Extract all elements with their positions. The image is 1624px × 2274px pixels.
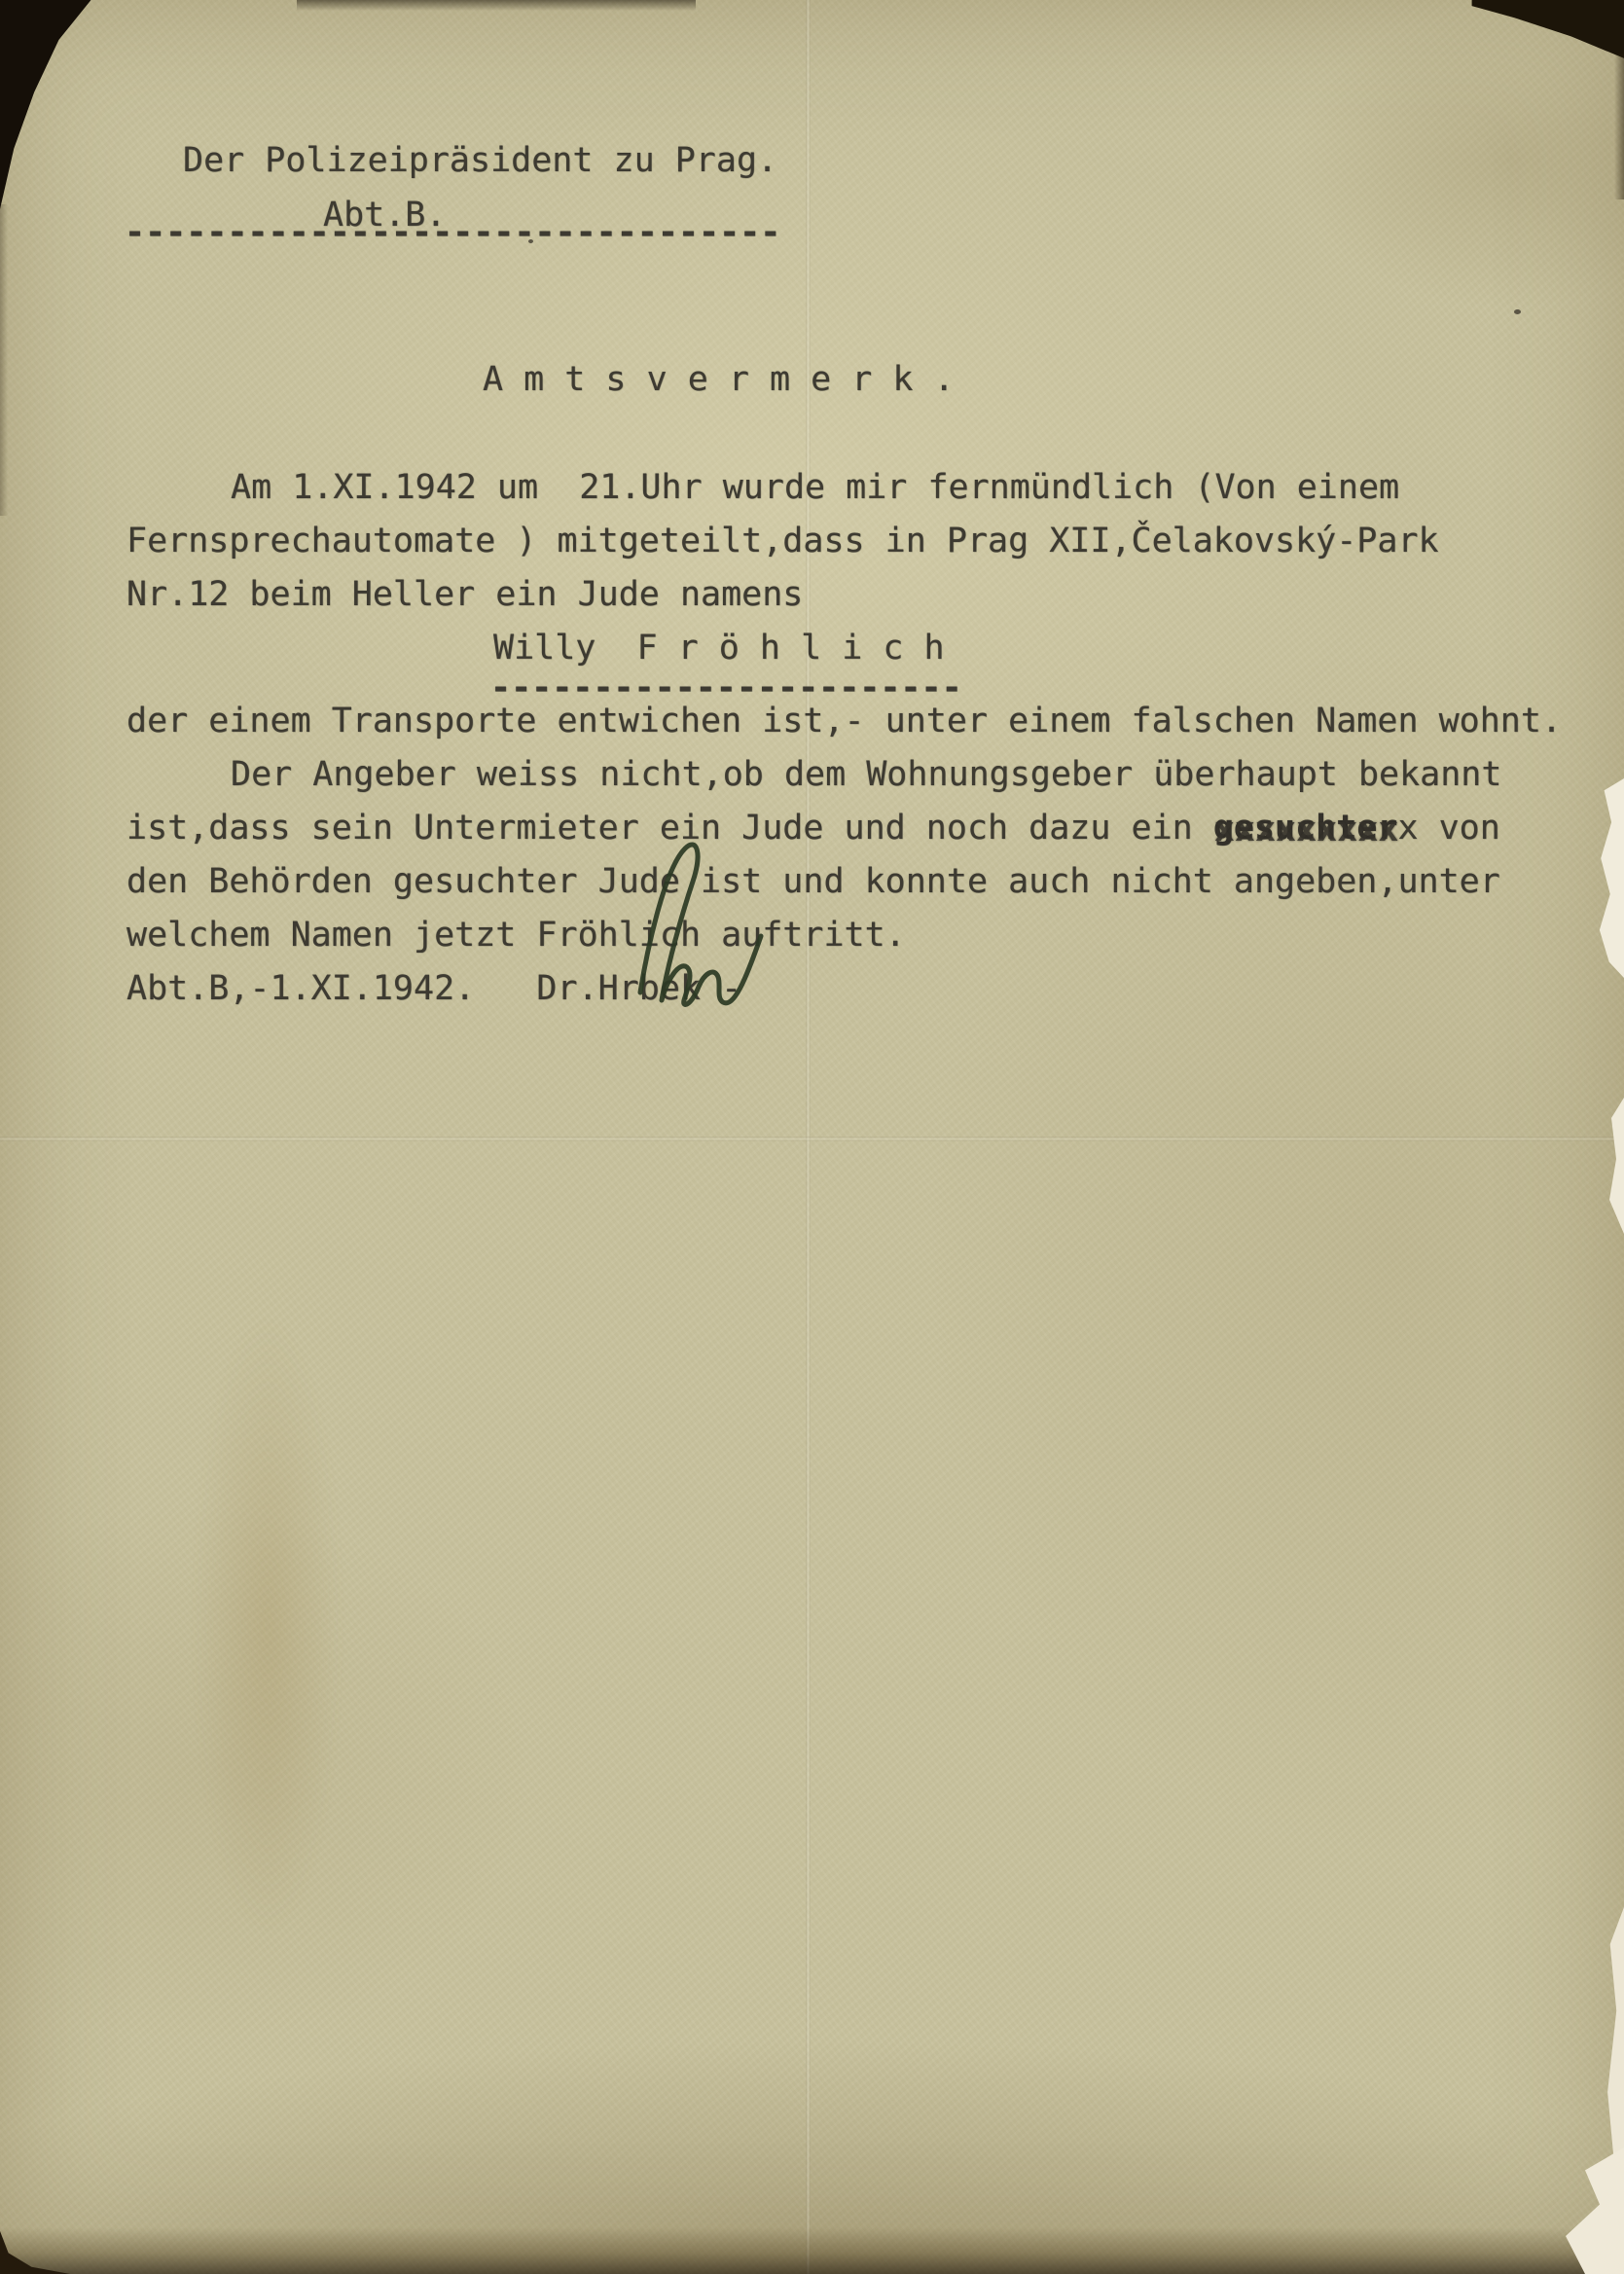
subject-name: Willy F r ö h l i c h (493, 630, 945, 668)
overstrike-xs: xxxxxxxxx (1214, 812, 1399, 849)
paragraph2-line2: Der Angeber weiss nicht,ob dem Wohnungsg… (231, 756, 1501, 794)
agency-line: Der Polizeipräsident zu Prag. (183, 142, 777, 180)
ink-speck (1514, 309, 1521, 314)
document-title: A m t s v e r m e r k . (483, 361, 955, 399)
paragraph1-line2: Fernsprechautomate ) mitgeteilt,dass in … (126, 523, 1439, 560)
torn-edge-right-middle (1605, 1098, 1624, 1234)
header-underline: -------------------------------- (125, 214, 780, 252)
dark-right-edge (1614, 54, 1624, 199)
handwritten-signature-icon (595, 819, 790, 1024)
dark-left-edge (0, 204, 8, 516)
paragraph1-line3: Nr.12 beim Heller ein Jude namens (126, 576, 803, 614)
dark-bottom-edge (0, 2227, 1624, 2274)
paragraph2-line1: der einem Transporte entwichen ist,- unt… (126, 703, 1562, 740)
struck-word: gesuchterxxxxxxxxx (1213, 810, 1398, 848)
paper-stain (195, 1314, 341, 1936)
paragraph2-line3-post: x von (1397, 809, 1499, 848)
dark-top-edge (297, 0, 696, 11)
horizontal-fold-crease (0, 1137, 1624, 1141)
torn-edge-right-upper (1591, 778, 1624, 978)
paragraph1-line1: Am 1.XI.1942 um 21.Uhr wurde mir fernmün… (231, 469, 1399, 507)
dark-corner-top-left (0, 0, 107, 209)
dark-corner-top-right (1459, 0, 1624, 66)
paragraph2-line4: den Behörden gesuchter Jude ist und konn… (126, 863, 1500, 901)
paragraph2-line3: ist,dass sein Untermieter ein Jude und n… (126, 810, 1500, 848)
scanned-document-page: Der Polizeipräsident zu Prag. Abt.B. ---… (0, 0, 1624, 2274)
